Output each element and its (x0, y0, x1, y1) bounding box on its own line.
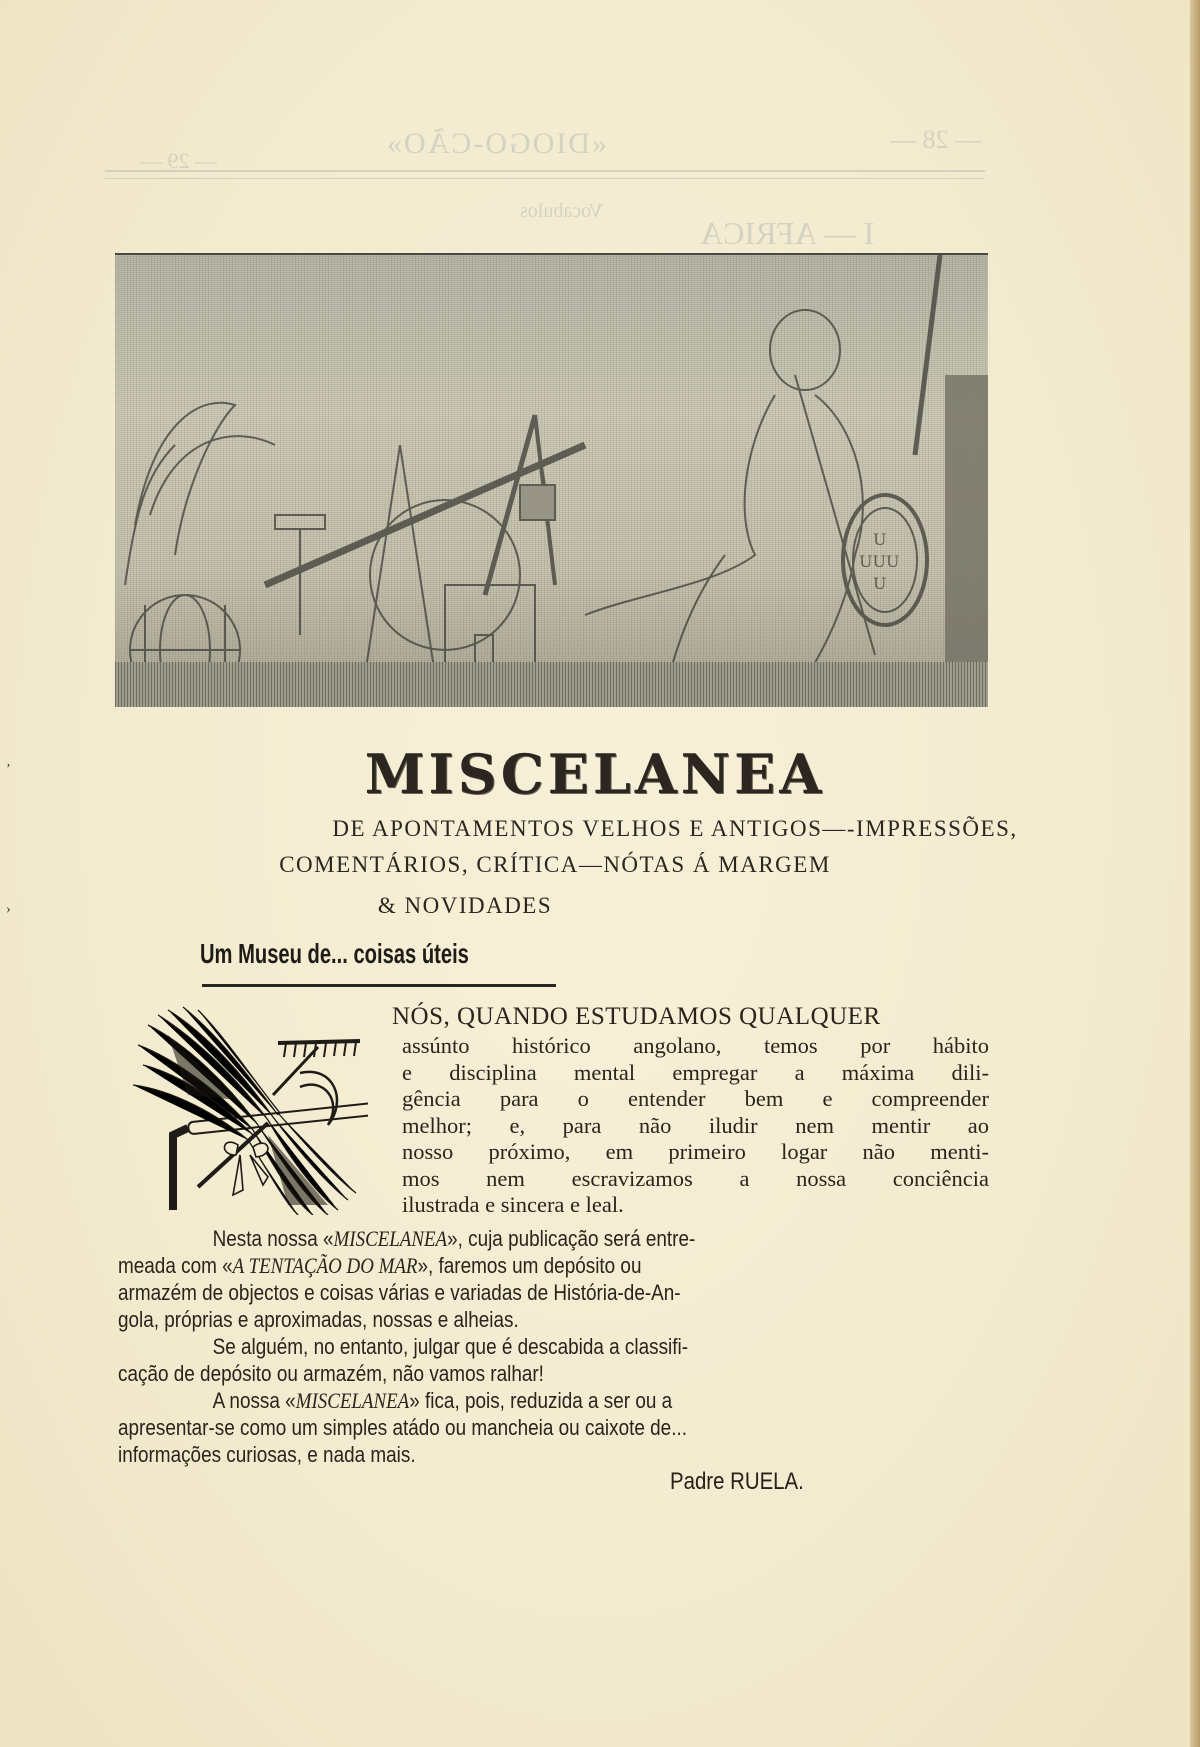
svg-text:U: U (873, 530, 886, 549)
engraving-base-ledge (115, 662, 988, 707)
bleed-through-rule (105, 178, 985, 179)
bleed-through-subheading: Vocabulos (520, 200, 603, 223)
text-line: mos nem escravizamos a nossa conciência (402, 1166, 989, 1193)
text-line: armazém de objectos e coisas várias e va… (118, 1279, 991, 1306)
wheat-sheaf-vignette-icon (128, 1005, 368, 1215)
text-line: melhor; e, para não iludir nem mentir ao (402, 1113, 989, 1140)
text-line: informações curiosas, e nada mais. (118, 1441, 991, 1468)
text-line: assúnto histórico angolano, temos por há… (402, 1033, 989, 1060)
text-line: cação de depósito ou armazém, não vamos … (118, 1360, 991, 1387)
bleed-through-rule (105, 170, 985, 172)
text-line: gola, próprias e aproximadas, nossas e a… (118, 1306, 991, 1333)
text-line: gência para o entender bem e compreender (402, 1086, 989, 1113)
italic-title-miscelanea: MISCELANEA (334, 1226, 448, 1251)
margin-mark: ʼ (6, 762, 11, 778)
text-line: Se alguém, no entanto, julgar que é desc… (118, 1333, 991, 1360)
subtitle-line-2: COMENTÁRIOS, CRÍTICA—NÓTAS Á MARGEM (0, 852, 1150, 878)
subtitle-line-1: DE APONTAMENTOS VELHOS E ANTIGOS—-IMPRES… (80, 816, 1200, 842)
allegory-engraving-icon: U UUU U (115, 255, 988, 707)
text-line: apresentar-se como um simples atádo ou m… (118, 1414, 991, 1441)
italic-title-tentacao-do-mar: A TENTAÇÃO DO MAR (233, 1253, 418, 1278)
margin-mark: › (6, 902, 11, 918)
article-paragraph-1: assúnto histórico angolano, temos por há… (402, 1033, 989, 1219)
text-line: A nossa «MISCELANEA» fica, pois, reduzid… (118, 1387, 991, 1414)
bleed-through-header: «DIOGO-CÃO» (385, 127, 607, 161)
italic-title-miscelanea: MISCELANEA (296, 1388, 410, 1413)
page-title: MISCELANEA (0, 742, 1190, 806)
text-line: e disciplina mental empregar a máxima di… (402, 1060, 989, 1087)
author-signature: Padre RUELA. (670, 1468, 804, 1496)
text-line: ilustrada e sincera e leal. (402, 1192, 989, 1219)
svg-text:U: U (873, 574, 886, 593)
section-title: Um Museu de... coisas úteis (200, 938, 469, 970)
engraving-illustration: U UUU U (115, 253, 988, 707)
text-line: nosso próximo, em primeiro logar não men… (402, 1139, 989, 1166)
page-edge (1190, 0, 1200, 1747)
subtitle-line-3: & NOVIDADES (0, 893, 1060, 919)
bleed-through-section: I — AFRICA (700, 215, 874, 252)
text-line: Nesta nossa «MISCELANEA», cuja publicaçã… (118, 1225, 991, 1252)
article-lead-line: NÓS, QUANDO ESTUDAMOS QUALQUER (392, 1003, 989, 1031)
bleed-through-page-number-right: — 28 — (890, 125, 981, 155)
section-underline (202, 984, 556, 987)
svg-text:UUU: UUU (859, 552, 899, 571)
page: «DIOGO-CÃO» — 29 — — 28 — Vocabulos I — … (0, 0, 1190, 1747)
text-line: meada com «A TENTAÇÃO DO MAR», faremos u… (118, 1252, 991, 1279)
article-paragraphs-2-4: Nesta nossa «MISCELANEA», cuja publicaçã… (118, 1225, 991, 1468)
